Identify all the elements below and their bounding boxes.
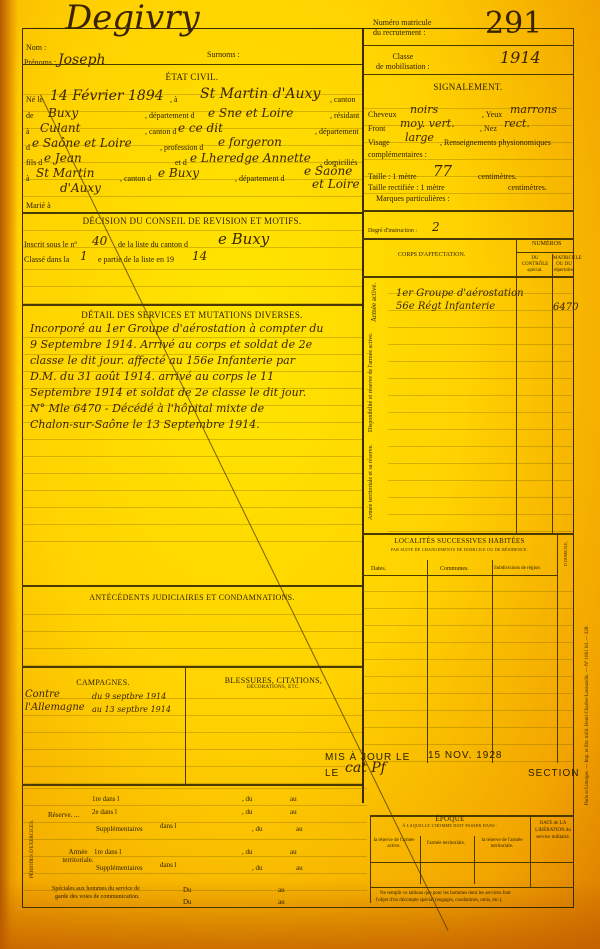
page-edge-left xyxy=(0,0,18,949)
ne-le-value: 14 Février 1894 xyxy=(50,88,164,104)
lieu-naissance: St Martin d'Auxy xyxy=(200,86,320,102)
marie-label: Marié à xyxy=(26,201,51,210)
mis-a-jour-date: 15 NOV. 1928 xyxy=(428,750,502,761)
printer-imprint: Paris et Limoges. — Imp. et libr. milit.… xyxy=(585,625,590,805)
matricule-label: Numéro matricule du recrutement : xyxy=(373,18,431,38)
blessures-title: BLESSURES, CITATIONS, xyxy=(185,676,362,685)
corps-header: CORPS D'AFFECTATION. xyxy=(398,252,465,258)
pere-value: e Jean xyxy=(44,151,82,165)
classe-value: 1914 xyxy=(500,48,541,67)
campagne-start: du 9 septbre 1914 xyxy=(92,692,166,701)
prenoms-label: Prénoms : xyxy=(24,58,56,67)
matricule-repertoire: 6470 xyxy=(553,302,578,313)
decision-title: DÉCISION DU CONSEIL DE REVISION ET MOTIF… xyxy=(22,216,362,226)
cheveux-value: noirs xyxy=(410,103,438,116)
mere-value: e Lheredge Annette xyxy=(190,151,311,165)
etat-civil-title: ÉTAT CIVIL. xyxy=(22,72,362,82)
inscrit-value: 40 xyxy=(92,234,107,248)
signalement-title: SIGNALEMENT. xyxy=(362,82,574,92)
campagnes-title: CAMPAGNES. xyxy=(22,678,184,687)
residence-value: Culant xyxy=(40,121,80,135)
services-title: DÉTAIL DES SERVICES ET MUTATIONS DIVERSE… xyxy=(22,310,362,320)
prenoms-value: Joseph xyxy=(58,52,106,68)
corps-line-2: 56e Régt Infanterie xyxy=(396,301,495,312)
degre-value: 2 xyxy=(432,220,440,234)
profession-value: e forgeron xyxy=(218,135,282,149)
section-armee-active: Armée active. xyxy=(370,283,378,322)
section-disponibilite: Disponibilité et réserve de l'armée acti… xyxy=(368,337,374,432)
surnoms-label: Surnoms : xyxy=(207,50,240,59)
localites-title: LOCALITÉS SUCCESSIVES HABITÉES xyxy=(362,537,557,545)
classe-label: Classe de mobilisation : xyxy=(376,52,430,72)
yeux-value: marrons xyxy=(510,103,557,116)
departement-value: e Sne et Loire xyxy=(208,106,293,120)
nom-value: Degivry xyxy=(65,0,200,38)
antecedents-title: ANTÉCÉDENTS JUDICIAIRES ET CONDAMNATIONS… xyxy=(22,593,362,602)
nom-label: Nom : xyxy=(26,43,46,52)
campagne-end: au 13 septbre 1914 xyxy=(92,705,171,714)
matricule-value: 291 xyxy=(485,6,542,41)
section-territoriale: Armée territoriale et sa réserve. xyxy=(368,444,374,520)
corps-line-1: 1er Groupe d'aérostation xyxy=(396,288,524,299)
taille-value: 77 xyxy=(433,162,452,180)
